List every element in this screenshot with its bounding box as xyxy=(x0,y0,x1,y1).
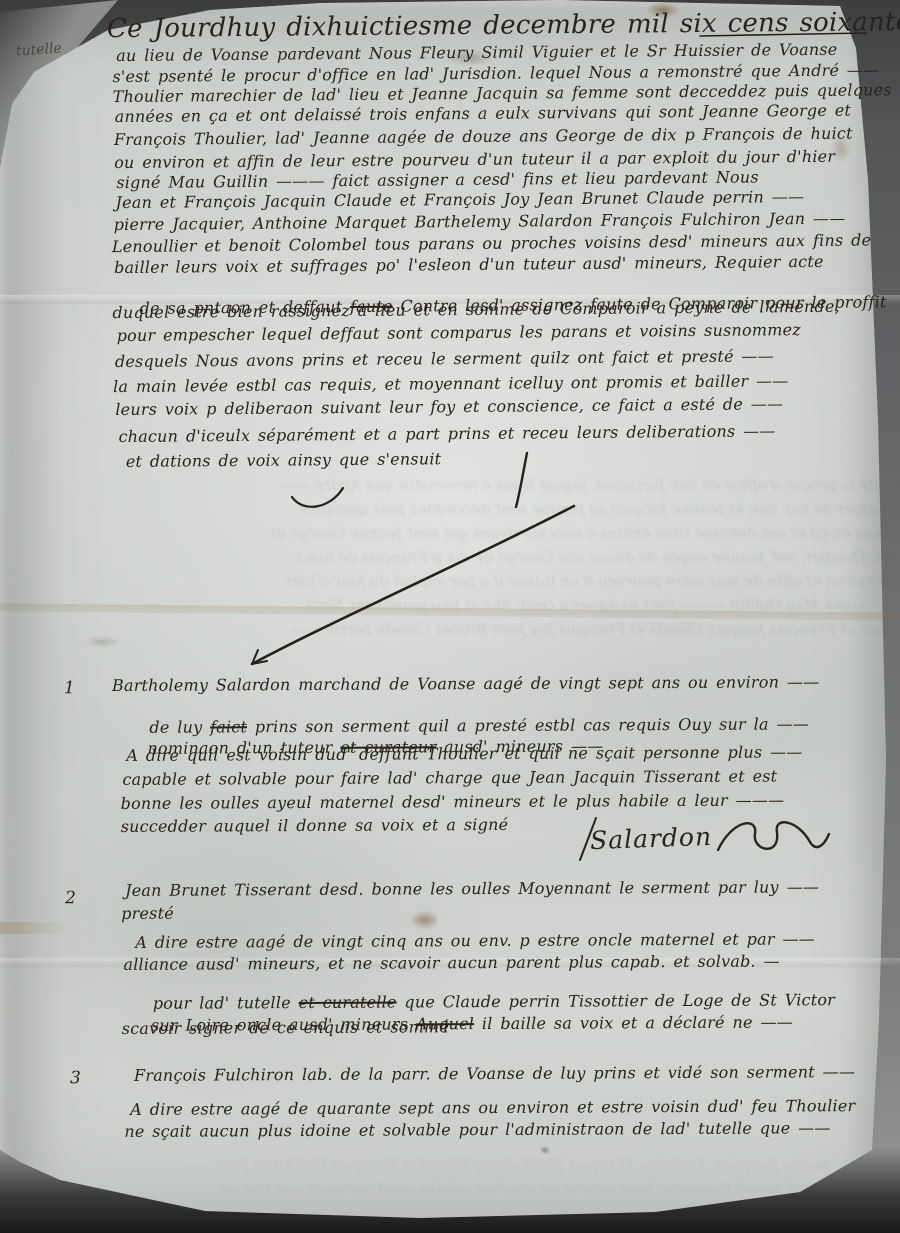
manuscript-line: François Fulchiron lab. de la parr. de V… xyxy=(134,1062,855,1085)
deposition-3: 3 François Fulchiron lab. de la parr. de… xyxy=(0,0,900,1233)
deposition-number-3: 3 xyxy=(70,1068,81,1088)
manuscript-line: ne sçait aucun plus idoine et solvable p… xyxy=(124,1118,830,1141)
margin-note-tutelle: tutelle xyxy=(15,40,62,59)
manuscript-line: A dire estre aagé de quarante sept ans o… xyxy=(130,1096,855,1119)
